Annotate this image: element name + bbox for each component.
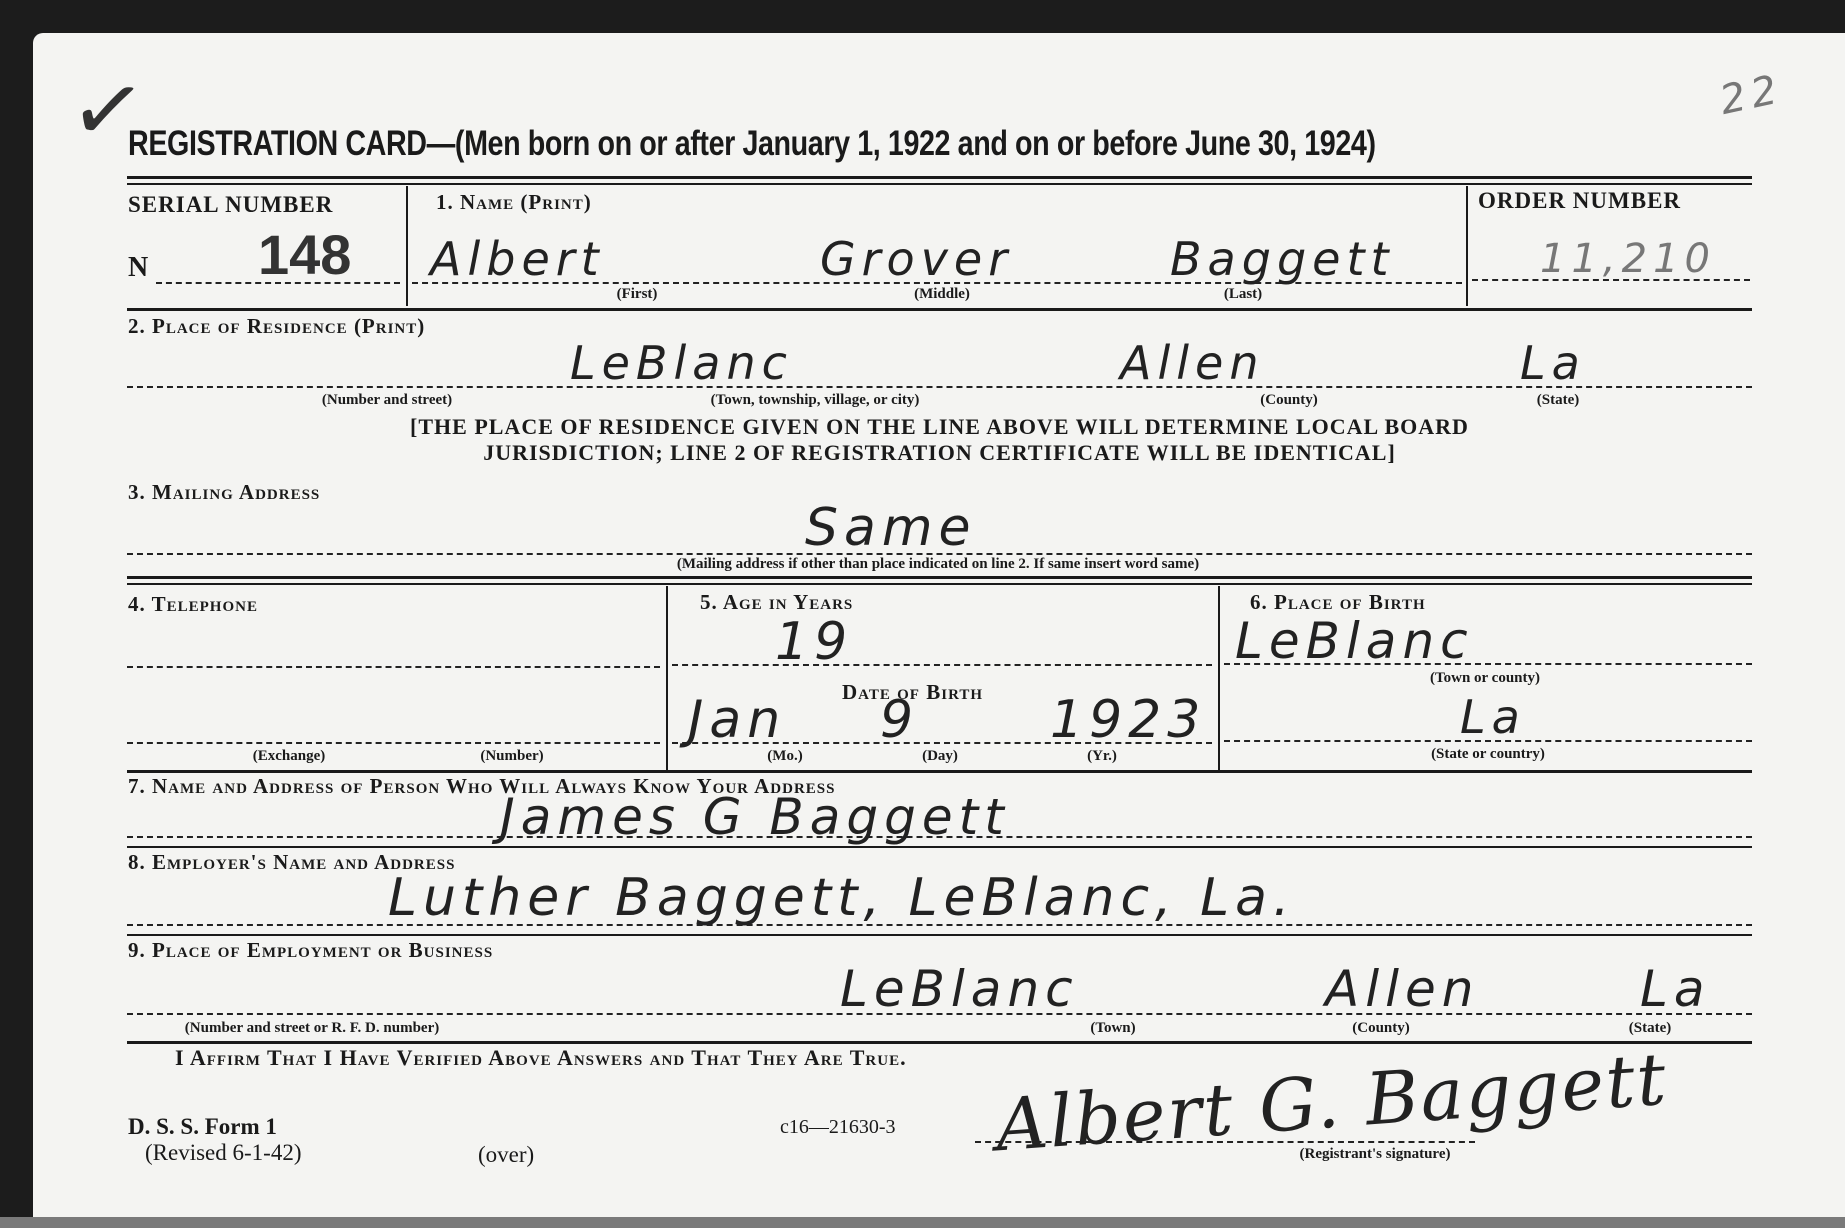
divider (127, 183, 1752, 185)
scan-bottom-strip (0, 1217, 1845, 1228)
caption-year: (Yr.) (1087, 748, 1117, 765)
serial-prefix: N (128, 252, 149, 284)
residence-label: 2. Place of Residence (Print) (128, 314, 425, 339)
caption-rfd: (Number and street or R. F. D. number) (185, 1020, 439, 1037)
signature-line (975, 1141, 1475, 1143)
dob-year-value[interactable]: 1923 (1050, 690, 1206, 750)
age-line (672, 664, 1212, 666)
serial-number-label: SERIAL NUMBER (128, 192, 333, 218)
caption-first: (First) (617, 286, 658, 303)
caption-state: (State) (1629, 1020, 1671, 1037)
caption-town-or-county: (Town or county) (1430, 670, 1540, 687)
card-title: REGISTRATION CARD—(Men born on or after … (128, 124, 1376, 164)
telephone-line1 (127, 666, 660, 668)
employment-county-value[interactable]: Allen (1325, 960, 1479, 1018)
telephone-label: 4. Telephone (128, 592, 258, 617)
divider (127, 308, 1752, 311)
caption-town: (Town) (1090, 1020, 1135, 1037)
caption-number: (Number) (480, 748, 543, 765)
divider (127, 770, 1752, 773)
dob-day-value[interactable]: 9 (880, 690, 919, 750)
name-last-value[interactable]: Baggett (1170, 232, 1395, 286)
jurisdiction-notice-line2: JURISDICTION; LINE 2 OF REGISTRATION CER… (127, 440, 1752, 466)
caption-last: (Last) (1224, 286, 1262, 303)
caption-state: (State) (1537, 392, 1579, 409)
dob-month-value[interactable]: Jan (688, 690, 786, 750)
column-divider (1466, 186, 1468, 306)
over-note: (over) (478, 1142, 534, 1168)
form-revision: (Revised 6-1-42) (145, 1140, 302, 1166)
age-value[interactable]: 19 (775, 612, 853, 672)
employment-town-value[interactable]: LeBlanc (840, 960, 1079, 1018)
contact-person-value[interactable]: James G Baggett (500, 788, 1010, 846)
mailing-address-value[interactable]: Same (805, 498, 977, 558)
employment-state-value[interactable]: La (1640, 960, 1711, 1018)
residence-state-value[interactable]: La (1520, 336, 1586, 390)
divider (127, 1041, 1752, 1044)
order-number-value[interactable]: 11,210 (1540, 236, 1716, 282)
form-number: D. S. S. Form 1 (128, 1114, 277, 1140)
employment-place-label: 9. Place of Employment or Business (128, 938, 493, 963)
caption-day: (Day) (922, 748, 958, 765)
residence-county-value[interactable]: Allen (1120, 336, 1264, 390)
caption-exchange: (Exchange) (253, 748, 326, 765)
caption-signature: (Registrant's signature) (1300, 1146, 1451, 1163)
caption-town: (Town, township, village, or city) (711, 392, 920, 409)
column-divider (406, 186, 408, 306)
divider (127, 846, 1752, 848)
telephone-line2 (127, 742, 660, 744)
caption-month: (Mo.) (767, 748, 802, 765)
divider (127, 176, 1752, 179)
divider (127, 583, 1752, 585)
caption-county: (County) (1260, 392, 1318, 409)
caption-street: (Number and street) (322, 392, 452, 409)
caption-county: (County) (1352, 1020, 1410, 1037)
residence-line (127, 386, 1752, 388)
print-code: c16—21630-3 (780, 1116, 896, 1139)
caption-mailing: (Mailing address if other than place ind… (677, 556, 1199, 573)
caption-middle: (Middle) (914, 286, 970, 303)
name-middle-value[interactable]: Grover (820, 232, 1013, 286)
residence-town-value[interactable]: LeBlanc (570, 336, 793, 390)
name-label: 1. Name (Print) (436, 190, 592, 215)
divider (127, 576, 1752, 579)
caption-state-or-country: (State or country) (1431, 746, 1545, 763)
jurisdiction-notice-line1: [THE PLACE OF RESIDENCE GIVEN ON THE LIN… (127, 414, 1752, 440)
order-number-label: ORDER NUMBER (1478, 188, 1681, 214)
column-divider (666, 586, 668, 772)
mailing-address-label: 3. Mailing Address (128, 480, 320, 505)
birthplace-town-value[interactable]: LeBlanc (1235, 612, 1474, 670)
name-first-value[interactable]: Albert (430, 232, 605, 286)
birthplace-state-value[interactable]: La (1460, 690, 1526, 744)
employer-value[interactable]: Luther Baggett, LeBlanc, La. (388, 868, 1295, 928)
affirmation-text: I Affirm That I Have Verified Above Answ… (175, 1045, 907, 1071)
divider (127, 934, 1752, 936)
serial-number-value[interactable]: 148 (258, 222, 351, 287)
column-divider (1218, 586, 1220, 772)
